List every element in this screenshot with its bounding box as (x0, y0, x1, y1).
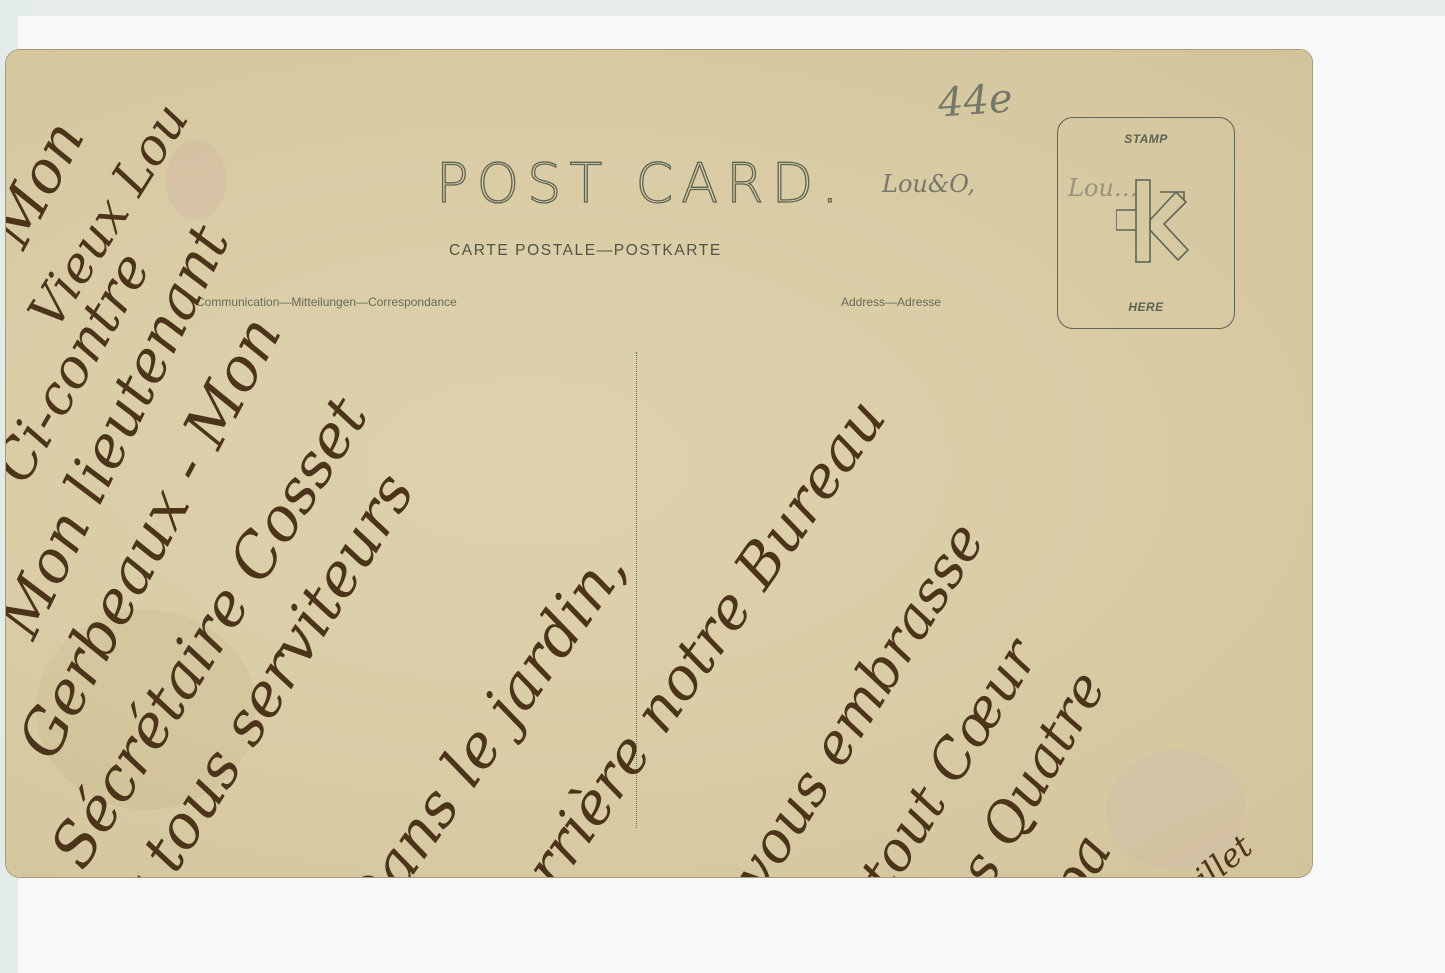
stamp-box: STAMP HERE (1057, 117, 1235, 329)
postcard-subtitle: CARTE POSTALE—POSTKARTE (449, 242, 722, 260)
postcard-title: POST CARD. (436, 152, 846, 215)
date-month: Juillet (1162, 827, 1260, 877)
postcard-back: POST CARD. CARTE POSTALE—POSTKARTE Commu… (6, 50, 1312, 877)
pencil-overwrite: Lou… (1068, 174, 1138, 202)
pencil-address: Lou&O, (882, 170, 975, 198)
stamp-label-bottom: HERE (1058, 300, 1234, 314)
scanner-backing-top (0, 0, 1445, 16)
pencil-number: 44e (936, 75, 1014, 126)
stamp-label-top: STAMP (1058, 132, 1234, 146)
address-label: Address—Adresse (841, 295, 941, 309)
